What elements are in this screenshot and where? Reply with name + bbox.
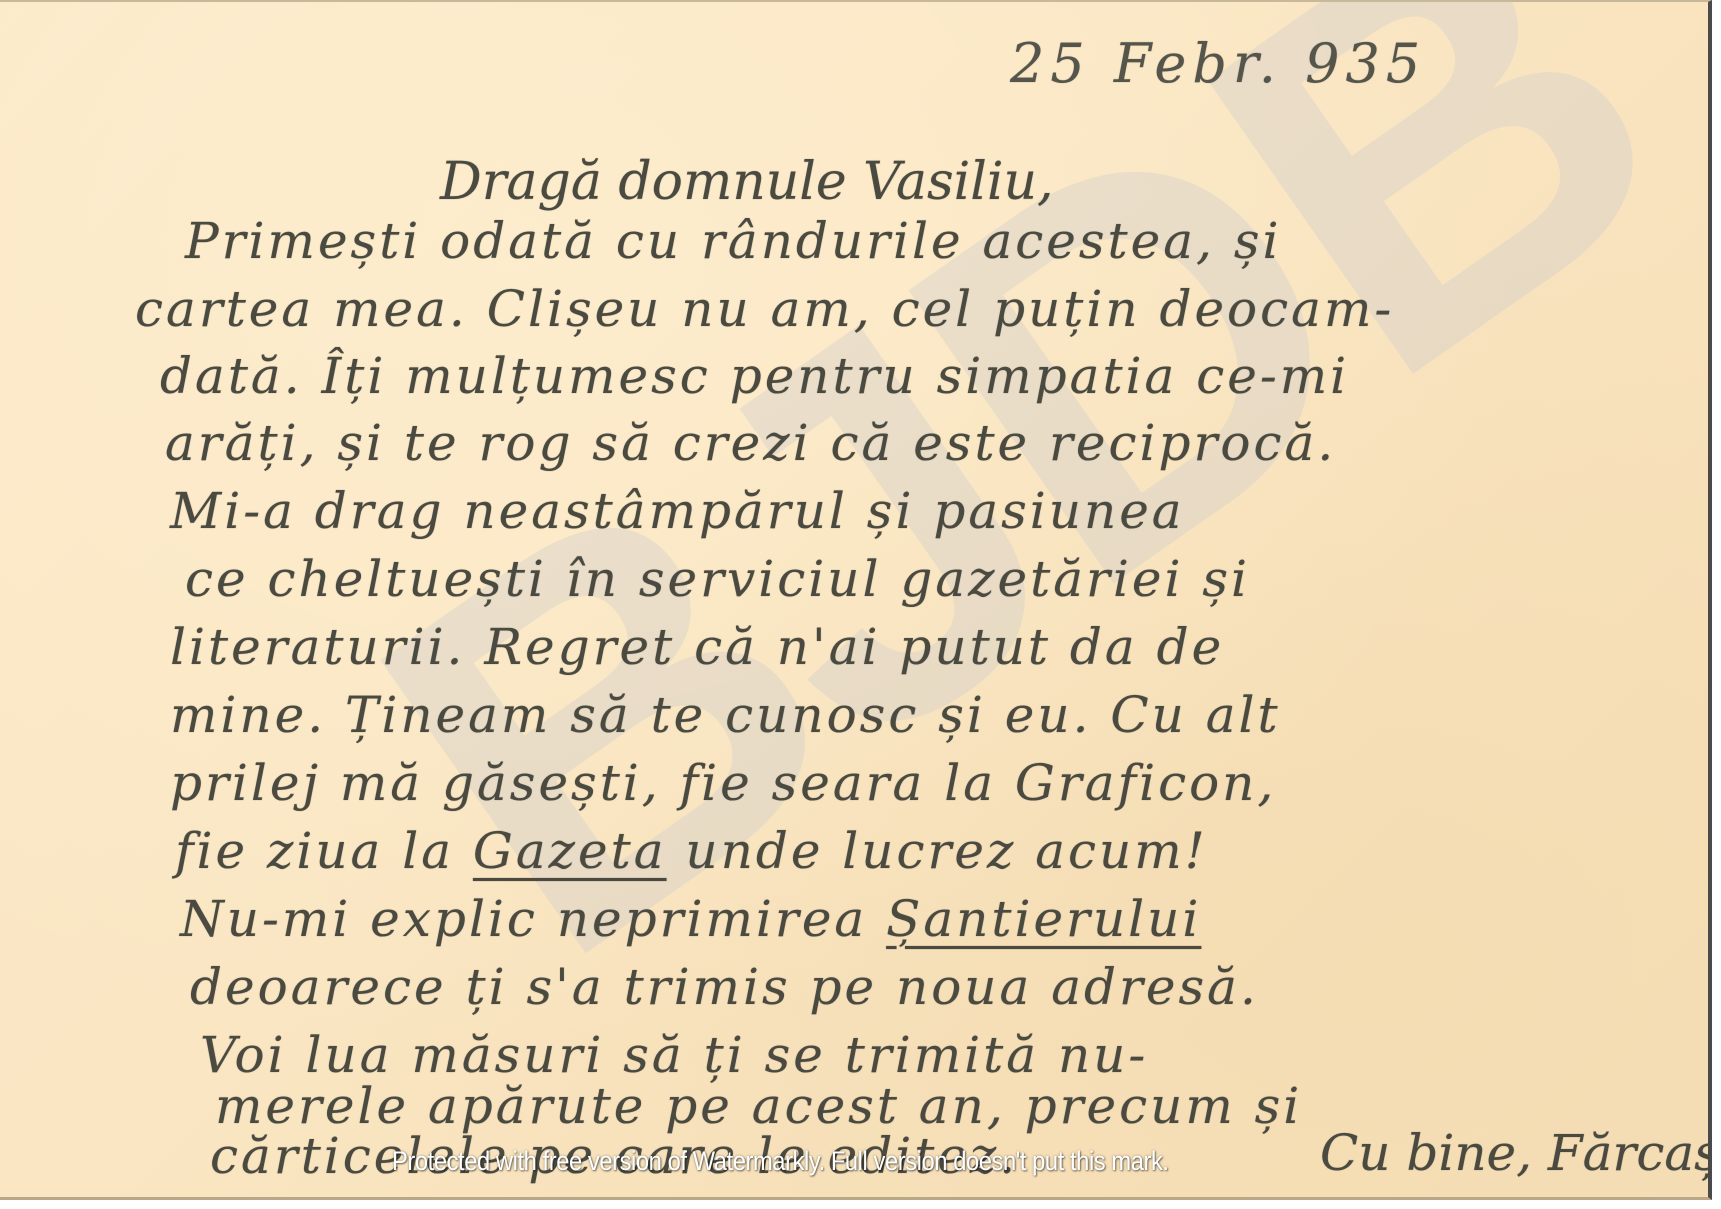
letter-line-6: ce cheltuești în serviciul gazetăriei și — [185, 550, 1250, 608]
letter-salutation: Dragă domnule Vasiliu, — [440, 152, 1054, 212]
letter-line-7: literaturii. Regret că n'ai putut da de — [170, 618, 1224, 676]
letter-line-1: Primești odată cu rândurile acestea, și — [185, 212, 1281, 270]
letter-line-2: cartea mea. Clișeu nu am, cel puțin deoc… — [135, 280, 1394, 338]
watermarkly-overlay-text: Protected with free version of Watermark… — [392, 1146, 1169, 1177]
letter-line-12: deoarece ți s'a trimis pe noua adresă. — [190, 958, 1259, 1016]
line-10-part-a: fie ziua la — [175, 822, 473, 880]
underlined-word-gazeta: Gazeta — [473, 822, 667, 880]
letter-line-11: Nu-mi explic neprimirea Șantierului — [180, 890, 1201, 948]
underlined-word-santierului: Șantierului — [886, 890, 1201, 948]
letter-closing-signature: Cu bine, Fărcaș — [1320, 1124, 1712, 1182]
letter-line-13: Voi lua măsuri să ți se trimită nu- — [200, 1026, 1148, 1084]
letter-line-10: fie ziua la Gazeta unde lucrez acum! — [175, 822, 1208, 880]
line-10-part-b: unde lucrez acum! — [667, 822, 1208, 880]
letter-line-4: arăți, și te rog să crezi că este recipr… — [165, 414, 1336, 472]
letter-line-3: dată. Îți mulțumesc pentru simpatia ce-m… — [160, 347, 1349, 405]
letter-date: 25 Febr. 935 — [1010, 32, 1426, 95]
letter-line-8: mine. Țineam să te cunosc și eu. Cu alt — [170, 686, 1281, 744]
line-11-part-a: Nu-mi explic neprimirea — [180, 890, 886, 948]
letter-line-9: prilej mă găsești, fie seara la Graficon… — [170, 754, 1276, 812]
letter-line-5: Mi-a drag neastâmpărul și pasiunea — [170, 482, 1185, 540]
postcard: BJDB 25 Febr. 935 Dragă domnule Vasiliu,… — [0, 0, 1712, 1200]
